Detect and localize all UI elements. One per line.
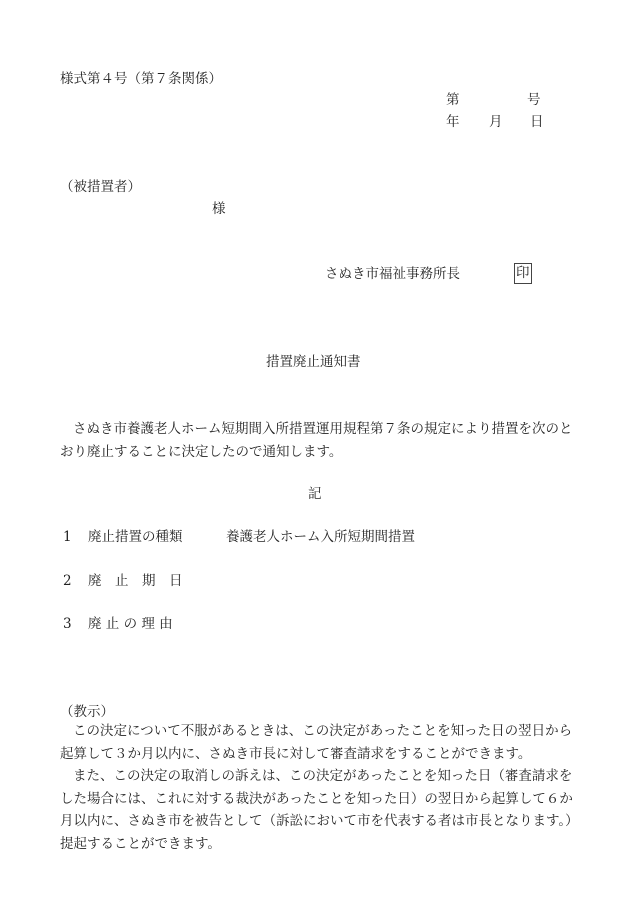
date-year: 年 — [446, 114, 460, 130]
ki-label: 記 — [308, 486, 322, 502]
instruction-heading: （教示） — [60, 704, 114, 720]
document-title: 措置廃止通知書 — [266, 354, 361, 370]
instruction-paragraph-2: また、この決定の取消しの訴えは、この決定があったことを知った日（審査請求をした場… — [60, 765, 575, 855]
item-value: 養護老人ホーム入所短期間措置 — [226, 529, 415, 545]
recipient-honorific: 様 — [212, 201, 226, 217]
body-text: さぬき市養護老人ホーム短期間入所措置運用規程第７条の規定により措置を次のとおり廃… — [60, 418, 575, 463]
instruction-paragraph-1: この決定について不服があるときは、この決定があったことを知った日の翌日から起算し… — [60, 720, 575, 765]
date-day: 日 — [530, 114, 544, 130]
item-number: 3 — [63, 616, 72, 632]
body-paragraph: さぬき市養護老人ホーム短期間入所措置運用規程第７条の規定により措置を次のとおり廃… — [60, 418, 575, 463]
form-label: 様式第４号（第７条関係） — [60, 71, 222, 87]
date-month: 月 — [489, 114, 503, 130]
seal-mark: 印 — [514, 263, 532, 284]
instruction-body: この決定について不服があるときは、この決定があったことを知った日の翌日から起算し… — [60, 720, 575, 855]
item-label: 廃 止 の 理 由 — [88, 616, 173, 632]
item-label: 廃止措置の種類 — [88, 529, 183, 545]
doc-number-prefix: 第 — [446, 92, 460, 108]
issuer-title: さぬき市福祉事務所長 — [325, 266, 460, 282]
item-label: 廃 止 期 日 — [88, 573, 183, 589]
item-number: 1 — [63, 529, 72, 545]
doc-number-suffix: 号 — [527, 92, 541, 108]
seal-box: 印 — [514, 263, 532, 284]
item-number: 2 — [63, 573, 72, 589]
recipient-label: （被措置者） — [60, 179, 141, 195]
